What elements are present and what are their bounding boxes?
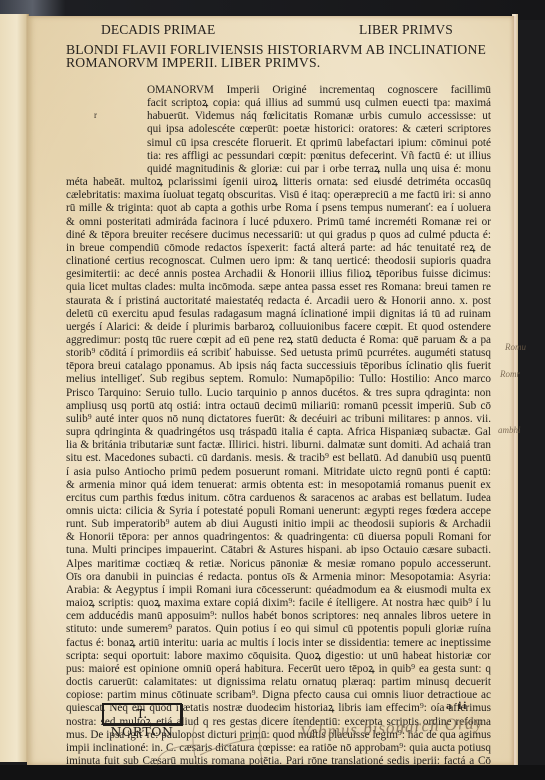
- running-head-right: LIBER PRIMVS: [359, 22, 453, 38]
- text-line: staurata & í pristiná auctoritaté maiest…: [66, 295, 491, 308]
- facing-page-edge: [0, 14, 29, 762]
- text-line: doctis caruerūt: calamitates: ut digniss…: [66, 676, 491, 689]
- text-line: omnis uicta: cilicia & Syria í potestaté…: [66, 505, 491, 518]
- text-line: quia licet multas clades: multa incōmoda…: [66, 281, 491, 294]
- text-line: in breue compendiū cōmode redactos íspex…: [66, 242, 491, 255]
- text-line: stituto: unde sumerem⁹ paratos. Quin pot…: [66, 623, 491, 636]
- text-line: maioꝝ scriptis: quoꝝ maxima extare copiá…: [66, 597, 491, 610]
- text-line: facit scriptoꝝ copia: quá illius ad summ…: [66, 97, 491, 110]
- text-line: Alpes maritimæ coctiæq & retiæ. Noricus …: [66, 558, 491, 571]
- text-line: sulib⁹ auté inter quos nō nunq dictatore…: [66, 413, 491, 426]
- text-line: Arabia: & Aegyptus í impii Romani iura c…: [66, 584, 491, 597]
- text-line: tia: res affligi ac pessundari cœpit: pœ…: [66, 150, 491, 163]
- text-line: gesimitertii: ac decé annis postea Archa…: [66, 268, 491, 281]
- text-line: diné & tēpora breuiter recésere ducimus …: [66, 229, 491, 242]
- signature-mark: a ii: [446, 700, 468, 712]
- text-line: ercitus cum parthis fœdus initum. cōtra …: [66, 492, 491, 505]
- text-line: qui ipsa adolescéte cœperūt: poetæ histo…: [66, 123, 491, 136]
- body-text: OMANORVM Imperii Originé incrementaq cog…: [66, 84, 491, 768]
- text-line: & omni posteritati admiráda facinora í l…: [66, 216, 491, 229]
- text-line: ampliusq usq portū atq ostiá: intra octa…: [66, 400, 491, 413]
- text-line: melius intelligeť. Sub regibus septem. R…: [66, 373, 491, 386]
- pencil-folio-note: ¹¹⁰ ¹²: [270, 706, 285, 715]
- text-line: habuerūt. Videmus náq fœlicitatis Romanæ…: [66, 110, 491, 123]
- text-line: copiose: partim minus cōtinuate scribam⁹…: [66, 689, 491, 702]
- text-line: Oīs ora danubii in puincias é redacta. p…: [66, 571, 491, 584]
- running-head-left: DECADIS PRIMAE: [101, 22, 215, 38]
- chapter-title: BLONDI FLAVII FORLIVIENSIS HISTORIARVM A…: [66, 43, 486, 69]
- title-line: ROMANORVM IMPERII. LIBER PRIMVS.: [66, 56, 486, 69]
- text-line: simul cū ipsa crescéte floruerit. Et qpr…: [66, 137, 491, 150]
- text-line: tēpora breui catalago pponamus. Ab ipsis…: [66, 360, 491, 373]
- text-line: runt. Sub imperatorib⁹ autem ab diui Aug…: [66, 518, 491, 531]
- text-line: deletū cū exercitu apud fesulas radagasu…: [66, 308, 491, 321]
- text-line: storib⁹ cōditá í primordiis eá scribiť h…: [66, 347, 491, 360]
- text-line: rū mille & triginta: quot ab capta a got…: [66, 202, 491, 215]
- margin-annotation: Romr: [500, 369, 520, 379]
- margin-annotation: ambhi: [498, 425, 521, 435]
- text-line: tuna. Multi principes impauerint. Cātabr…: [66, 544, 491, 557]
- text-line: í asia pulso Antiocho primū pedem posuer…: [66, 466, 491, 479]
- text-line: aggredimur: postq tūc ruere cœpit ad eū …: [66, 334, 491, 347]
- text-line: cælebritatis: maxima íuoluat tegatq obsc…: [66, 189, 491, 202]
- margin-annotation: Romu: [505, 342, 526, 352]
- title-line: BLONDI FLAVII FORLIVIENSIS HISTORIARVM A…: [66, 43, 486, 56]
- text-line: supra qdringinta & quadringétos usq trás…: [66, 426, 491, 439]
- background-bottom: [0, 765, 545, 780]
- text-line: & Honorii tēpora: per annos quadringento…: [66, 531, 491, 544]
- text-line: & armenia minor quá idem tenuerat: armis…: [66, 479, 491, 492]
- text-line: clinationé certius recognoscat. Culmen u…: [66, 255, 491, 268]
- text-line: Prisco Tarquino: Seruio tullo. Lucio tar…: [66, 387, 491, 400]
- text-line: pus: maioré est opinione omniū operá hab…: [66, 663, 491, 676]
- text-line: méta habeāt. multoꝝ pclarissimi ígenii u…: [66, 176, 491, 189]
- text-line: quidé magnitudinis & gloriæ: cui par i o…: [66, 163, 491, 176]
- text-line: lia & británia tributariæ sunt factæ. Il…: [66, 439, 491, 452]
- text-line: uergés í Alarici: & deide í plurimis bar…: [66, 321, 491, 334]
- text-line: factus é: bonaꝝ artiū interitu: uaria ac…: [66, 637, 491, 650]
- text-line: situ est. Macedones subacti. cū dardanis…: [66, 452, 491, 465]
- text-line: OMANORVM Imperii Originé incrementaq cog…: [66, 84, 491, 97]
- text-line: cem adducédis manū apposuim⁹: nullos hab…: [66, 610, 491, 623]
- text-line: scripta: sequi oportuit: labore maximo c…: [66, 650, 491, 663]
